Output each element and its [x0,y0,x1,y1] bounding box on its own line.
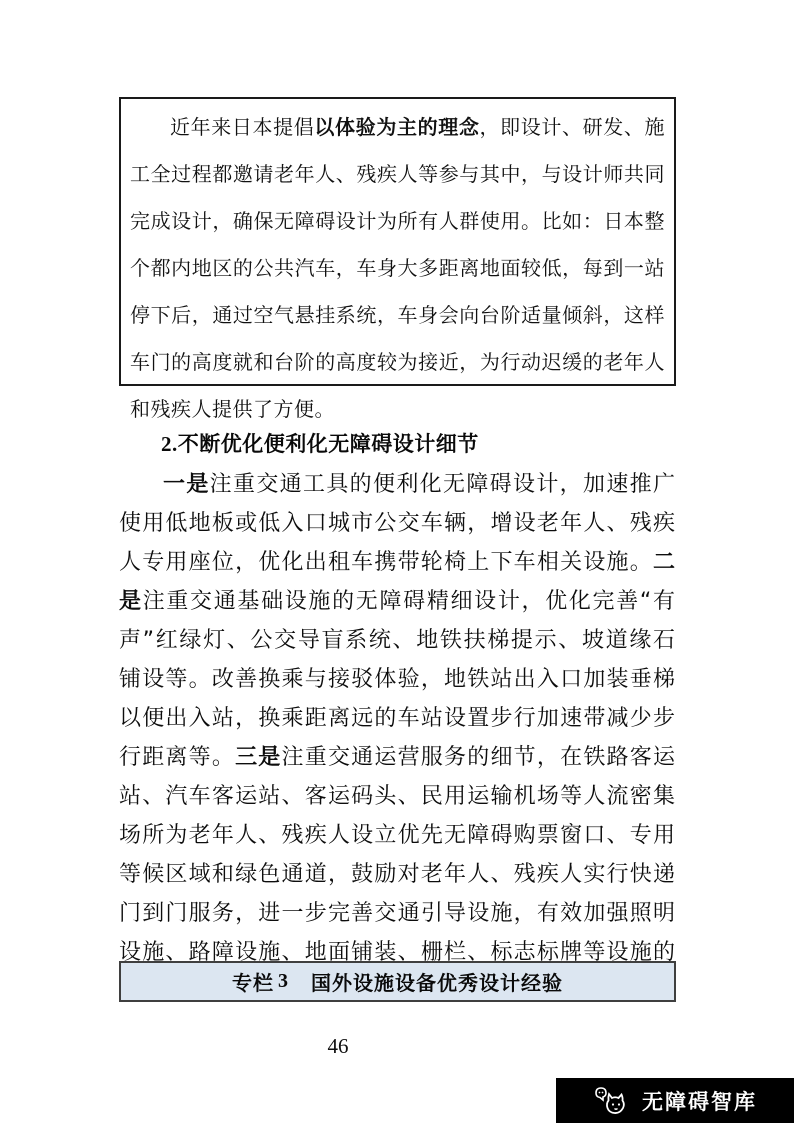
text-segment-2: 注重交通基础设施的无障碍精细设计，优化完善“有声”红绿灯、公交导盲系统、地铁扶梯… [119,589,676,770]
banner-label: 专栏 [232,967,274,996]
section-heading: 2.不断优化便利化无障碍设计细节 [119,428,676,458]
brand-name: 无障碍智库 [642,1086,757,1116]
column-banner: 专栏3国外设施设备优秀设计经验 [119,961,676,1002]
text-segment-marker-1: 一是 [163,472,210,497]
body-paragraph: 一是注重交通工具的便利化无障碍设计，加速推广使用低地板或低入口城市公交车辆，增设… [119,465,676,1011]
quote-text-pre: 近年来日本提倡 [170,115,314,139]
cat-mascot-icon [593,1085,633,1117]
section-block: 2.不断优化便利化无障碍设计细节 一是注重交通工具的便利化无障碍设计，加速推广使… [119,428,676,1011]
quote-text-bold: 以体验为主的理念 [314,115,479,139]
section-heading-number: 2. [161,432,178,456]
section-heading-text: 不断优化便利化无障碍设计细节 [178,432,479,456]
quote-text-post: ，即设计、研发、施工全过程都邀请老年人、残疾人等参与其中，与设计师共同完成设计，… [130,115,665,421]
text-segment-marker-3: 三是 [235,745,281,770]
footer-watermark-bar: 无障碍智库 [556,1078,794,1123]
quote-paragraph: 近年来日本提倡以体验为主的理念，即设计、研发、施工全过程都邀请老年人、残疾人等参… [130,104,665,433]
page-number: 46 [0,1034,676,1059]
banner-number: 3 [278,970,289,993]
quote-box: 近年来日本提倡以体验为主的理念，即设计、研发、施工全过程都邀请老年人、残疾人等参… [119,97,676,386]
banner-title: 国外设施设备优秀设计经验 [311,967,563,996]
document-page: 近年来日本提倡以体验为主的理念，即设计、研发、施工全过程都邀请老年人、残疾人等参… [0,0,794,1123]
